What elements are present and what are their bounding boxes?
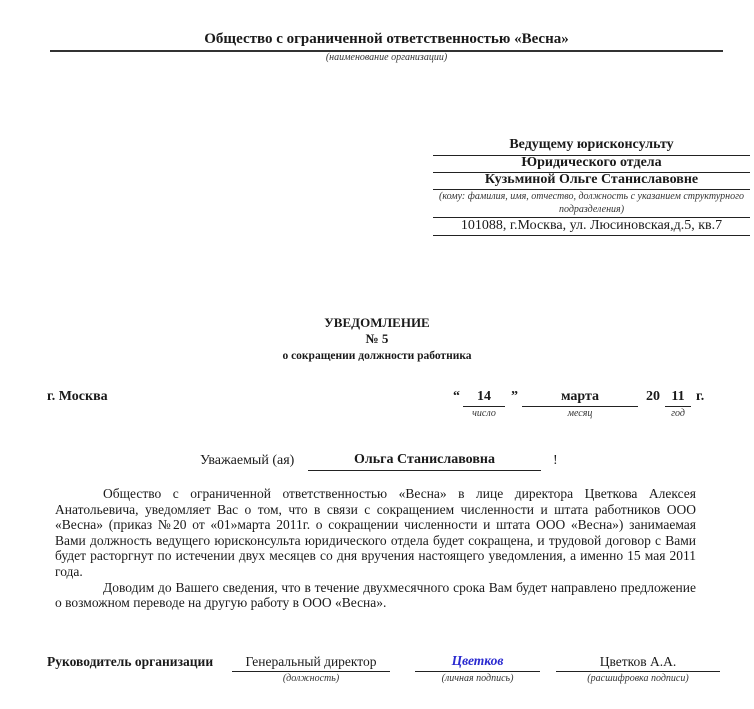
recipient-caption: (кому: фамилия, имя, отчество, должность… bbox=[433, 190, 750, 216]
body-paragraph: Общество с ограниченной ответственностью… bbox=[55, 486, 696, 580]
signature-line bbox=[415, 671, 540, 672]
signature-position: Генеральный директор bbox=[232, 654, 390, 670]
date-year-prefix: 20 bbox=[646, 389, 660, 405]
date-day-caption: число bbox=[463, 408, 505, 419]
date-close-quote: ” bbox=[511, 389, 518, 405]
date-year: 11 bbox=[665, 389, 691, 405]
recipient-line-5 bbox=[433, 235, 750, 236]
greeting-exclamation: ! bbox=[553, 453, 558, 469]
greeting-name-line bbox=[308, 470, 541, 471]
recipient-department: Юридического отдела bbox=[433, 155, 750, 171]
signature-role-label: Руководитель организации bbox=[47, 654, 213, 670]
date-open-quote: “ bbox=[453, 389, 460, 405]
date-year-caption: год bbox=[665, 408, 691, 419]
greeting-name: Ольга Станиславовна bbox=[308, 452, 541, 468]
recipient-address: 101088, г.Москва, ул. Люсиновская,д.5, к… bbox=[433, 218, 750, 234]
date-year-line bbox=[665, 406, 691, 407]
document-subtitle: о сокращении должности работника bbox=[0, 350, 754, 362]
date-month-line bbox=[522, 406, 638, 407]
greeting-label: Уважаемый (ая) bbox=[200, 453, 294, 469]
city: г. Москва bbox=[47, 389, 108, 405]
signature-decode: Цветков А.А. bbox=[556, 654, 720, 670]
signature-position-line bbox=[232, 671, 390, 672]
date-day-line bbox=[463, 406, 505, 407]
document-number: № 5 bbox=[0, 331, 754, 347]
signature-decode-line bbox=[556, 671, 720, 672]
organization-caption: (наименование организации) bbox=[50, 52, 723, 63]
signature-caption: (личная подпись) bbox=[415, 673, 540, 684]
date-month-caption: месяц bbox=[522, 408, 638, 419]
signature-handwritten: Цветков bbox=[415, 653, 540, 669]
date-year-mark: г. bbox=[696, 389, 704, 405]
recipient-name: Кузьминой Ольге Станиславовне bbox=[433, 172, 750, 188]
recipient-position: Ведущему юрисконсульту bbox=[433, 137, 750, 153]
signature-position-caption: (должность) bbox=[232, 673, 390, 684]
document-title: УВЕДОМЛЕНИЕ bbox=[0, 315, 754, 331]
notice-body: Общество с ограниченной ответственностью… bbox=[55, 486, 696, 611]
signature-decode-caption: (расшифровка подписи) bbox=[556, 673, 720, 684]
date-day: 14 bbox=[463, 389, 505, 405]
body-paragraph: Доводим до Вашего сведения, что в течени… bbox=[55, 580, 696, 611]
date-month: марта bbox=[522, 389, 638, 405]
organization-name: Общество с ограниченной ответственностью… bbox=[50, 31, 723, 48]
